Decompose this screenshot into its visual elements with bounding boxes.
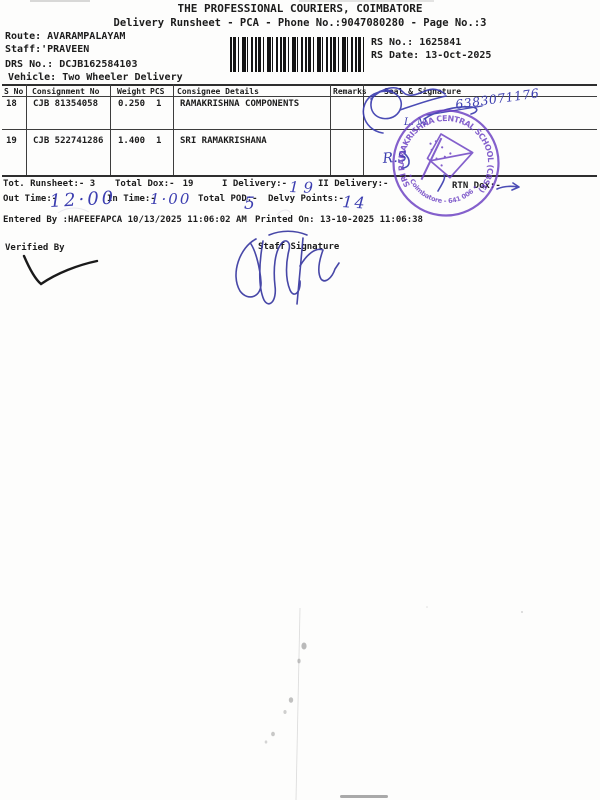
col-header-pcs: PCS — [150, 87, 164, 96]
ii-delivery-stroke — [438, 175, 445, 191]
ii-delivery-label: II Delivery:- — [318, 179, 388, 189]
cell-consignee: RAMAKRISHNA COMPONENTS — [180, 99, 299, 109]
staff-label: Staff: — [5, 44, 41, 55]
row18-initials: L. M — [403, 117, 428, 128]
header-separator — [2, 96, 597, 97]
route-label: Route: — [5, 31, 41, 42]
rs-date-label: RS Date: — [371, 50, 419, 61]
tot-runsheet: Tot. Runsheet:- 3 — [3, 179, 95, 189]
verified-by-label: Verified By — [5, 243, 65, 253]
verified-check-mark — [24, 256, 97, 284]
table-border-top — [2, 84, 597, 86]
i-delivery-label: I Delivery:- — [222, 179, 287, 189]
bottom-smudge — [340, 795, 388, 798]
cell-weight: 0.250 — [118, 99, 145, 109]
crossed-word — [424, 107, 477, 119]
col-header-sno: S No — [4, 87, 23, 96]
in-time-label: In Time:- — [107, 194, 156, 204]
column-divider — [330, 84, 331, 175]
total-pod-label: Total POD:- — [198, 194, 258, 204]
fold-crease — [296, 608, 300, 800]
stamp-logo — [421, 132, 474, 186]
staff-value: 'PRAVEEN — [41, 44, 89, 55]
runsheet-subtitle: Delivery Runsheet - PCA - Phone No.:9047… — [0, 17, 600, 29]
rs-no-value: 1625841 — [419, 37, 461, 48]
handwritten-delvy-points: 14 — [342, 192, 368, 213]
rs-no-line: RS No.: 1625841 — [371, 37, 461, 49]
company-title: THE PROFESSIONAL COURIERS, COIMBATORE — [0, 3, 600, 15]
column-divider — [173, 84, 174, 175]
cell-consignee: SRI RAMAKRISHANA — [180, 136, 267, 146]
delvy-points-label: Delvy Points:- — [268, 194, 344, 204]
scan-artifacts — [30, 0, 523, 800]
drs-label: DRS No.: — [5, 59, 53, 70]
cell-weight: 1.400 — [118, 136, 145, 146]
cell-pcs: 1 — [156, 99, 161, 109]
row19-initials: R.S — [381, 149, 408, 167]
col-header-consignee: Consignee Details — [177, 87, 259, 96]
rs-date-value: 13-Oct-2025 — [425, 50, 491, 61]
vehicle-line: Vehicle: Two Wheeler Delivery — [8, 72, 183, 84]
cell-consignment: CJB 81354058 — [33, 99, 98, 109]
vehicle-value: Two Wheeler Delivery — [62, 72, 182, 83]
col-header-weight: Weight — [117, 87, 146, 96]
rs-no-label: RS No.: — [371, 37, 413, 48]
route-line: Route: AVARAMPALAYAM — [5, 31, 125, 43]
row-separator — [2, 129, 597, 130]
total-dox: Total Dox:-19 — [115, 179, 193, 189]
barcode — [230, 37, 367, 72]
column-divider — [363, 84, 364, 175]
table-border-bottom — [2, 175, 597, 177]
handwriting-overlay: 6383071176 L. M R.S 1 9 12·00 1·00 5 14 — [0, 0, 600, 800]
stamp-outer-ring — [387, 104, 506, 223]
staff-line: Staff:'PRAVEEN — [5, 44, 89, 56]
staff-signature-label: Staff Signature — [258, 242, 339, 252]
cell-sno: 19 — [6, 136, 17, 146]
rtn-dox-label: RTN Dox:- — [452, 181, 501, 191]
printed-on-line: Printed On: 13-10-2025 11:06:38 — [255, 215, 423, 225]
delivery-runsheet-document: THE PROFESSIONAL COURIERS, COIMBATORE De… — [0, 0, 600, 800]
drs-line: DRS No.: DCJB162584103 — [5, 59, 137, 71]
col-header-consignment: Consignment No — [32, 87, 99, 96]
rs-date-line: RS Date: 13-Oct-2025 — [371, 50, 491, 62]
cell-pcs: 1 — [156, 136, 161, 146]
route-value: AVARAMPALAYAM — [47, 31, 125, 42]
column-divider — [26, 84, 27, 175]
handwritten-in-time: 1·00 — [150, 190, 191, 208]
row19-flourish — [402, 153, 409, 168]
entered-by-line: Entered By :HAFEEFAPCA 10/13/2025 11:06:… — [3, 215, 247, 225]
col-header-seal: Seal & Signature — [384, 87, 461, 96]
handwritten-phone-number: 6383071176 — [454, 85, 540, 112]
col-header-remarks: Remarks — [333, 87, 367, 96]
cell-consignment: CJB 522741286 — [33, 136, 103, 146]
cell-sno: 18 — [6, 99, 17, 109]
column-divider — [110, 84, 111, 175]
drs-value: DCJB162584103 — [59, 59, 137, 70]
school-seal-stamp: SRI RAMAKRISHNA CENTRAL SCHOOL (CBSE) • … — [387, 104, 506, 223]
vehicle-label: Vehicle: — [8, 72, 56, 83]
out-time-label: Out Time:- — [3, 194, 57, 204]
stamp-logo-dots — [427, 139, 453, 167]
